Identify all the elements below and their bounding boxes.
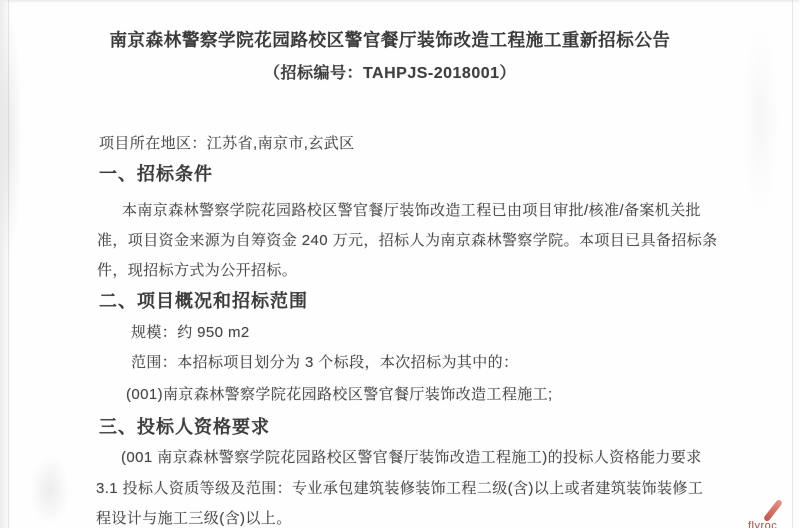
qualification-intro: (001 南京森林警察学院花园路校区警官餐厅装饰改造工程施工)的投标人资格能力要… — [121, 446, 702, 467]
section3-heading: 三、投标人资格要求 — [99, 413, 270, 439]
tender-number: （招标编号：TAHPJS-2018001） — [0, 60, 780, 83]
section2-heading: 二、项目概况和招标范围 — [99, 287, 308, 313]
project-scale: 规模：约 950 m2 — [131, 321, 250, 342]
section1-paragraph-line: 本南京森林警察学院花园路校区警官餐厅装饰改造工程已由项目审批/核准/备案机关批 — [122, 199, 701, 220]
section1-paragraph-line: 准，项目资金来源为自筹资金 240 万元，招标人为南京森林警察学院。本项目已具备… — [97, 229, 718, 250]
scan-edge-top — [0, 0, 799, 3]
scan-edge-right-line — [792, 0, 793, 528]
section1-paragraph-line: 件，现招标方式为公开招标。 — [97, 259, 297, 280]
section1-heading: 一、招标条件 — [99, 160, 213, 186]
red-watermark-stroke — [763, 499, 783, 522]
document-title: 南京森林警察学院花园路校区警官餐厅装饰改造工程施工重新招标公告 — [0, 27, 780, 52]
scan-noise-smudge — [30, 455, 70, 525]
scanned-document-page: 南京森林警察学院花园路校区警官餐厅装饰改造工程施工重新招标公告 （招标编号：TA… — [0, 0, 799, 528]
project-location: 项目所在地区：江苏省,南京市,玄武区 — [99, 132, 355, 153]
project-scope: 范围：本招标项目划分为 3 个标段，本次招标为其中的： — [131, 351, 518, 372]
bid-lot-001: (001)南京森林警察学院花园路校区警官餐厅装饰改造工程施工; — [126, 383, 553, 404]
qualification-requirement-line: 程设计与施工三级(含)以上。 — [96, 507, 292, 528]
qualification-requirement-line: 3.1 投标人资质等级及范围：专业承包建筑装修装饰工程二级(含)以上或者建筑装饰… — [96, 477, 703, 498]
watermark-partial-text: flyroc — [748, 520, 777, 528]
